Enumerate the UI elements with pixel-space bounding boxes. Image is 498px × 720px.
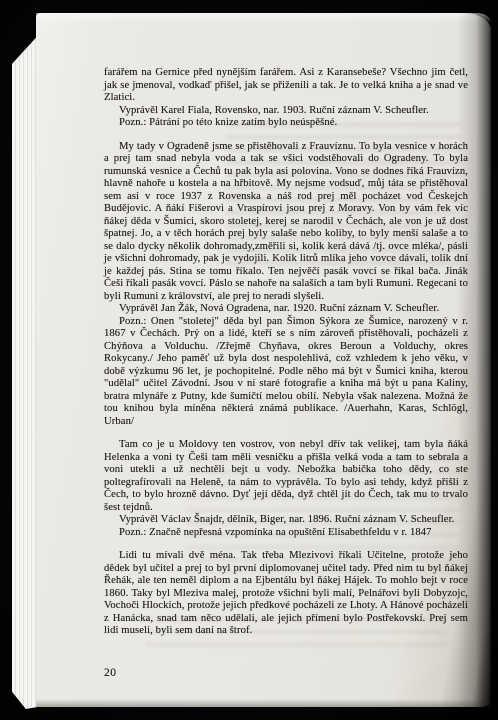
page-top-highlight [36, 13, 491, 23]
paragraph-body: Lidi tu mívali dvě ména. Tak třeba Mlezi… [104, 550, 468, 638]
text-block: farářem na Gernice před nynějším farářem… [104, 67, 468, 638]
paragraph-note: Pozn.: Onen "stoletej" děda byl pan Šimo… [104, 316, 468, 429]
paragraph-body: Tam co je u Moldovy ten vostrov, von neb… [104, 439, 468, 514]
paragraph-attribution: Vyprávěl Karel Fiala, Rovensko, nar. 190… [104, 105, 468, 118]
paragraph-note: Pozn.: Pátrání po této knize zatím bylo … [104, 117, 468, 130]
paragraph-attribution: Vyprávěl Václav Šnajdr, dělník, Biger, n… [104, 514, 468, 527]
page-curve-shadow [457, 13, 491, 707]
photo-background: farářem na Gernice před nynějším farářem… [0, 0, 498, 720]
paragraph-body: My tady v Ogradeně jsme se přistěhovali … [104, 141, 468, 304]
paragraph-continuation: farářem na Gernice před nynějším farářem… [104, 67, 468, 105]
book-page: farářem na Gernice před nynějším farářem… [36, 13, 491, 707]
page-number: 20 [104, 667, 117, 679]
paragraph-note: Pozn.: Značně nepřesná vzpomínka na opuš… [104, 527, 468, 540]
page-bottom-shadow [36, 699, 491, 707]
paragraph-attribution: Vyprávěl Jan Žák, Nová Ogradena, nar. 19… [104, 303, 468, 316]
